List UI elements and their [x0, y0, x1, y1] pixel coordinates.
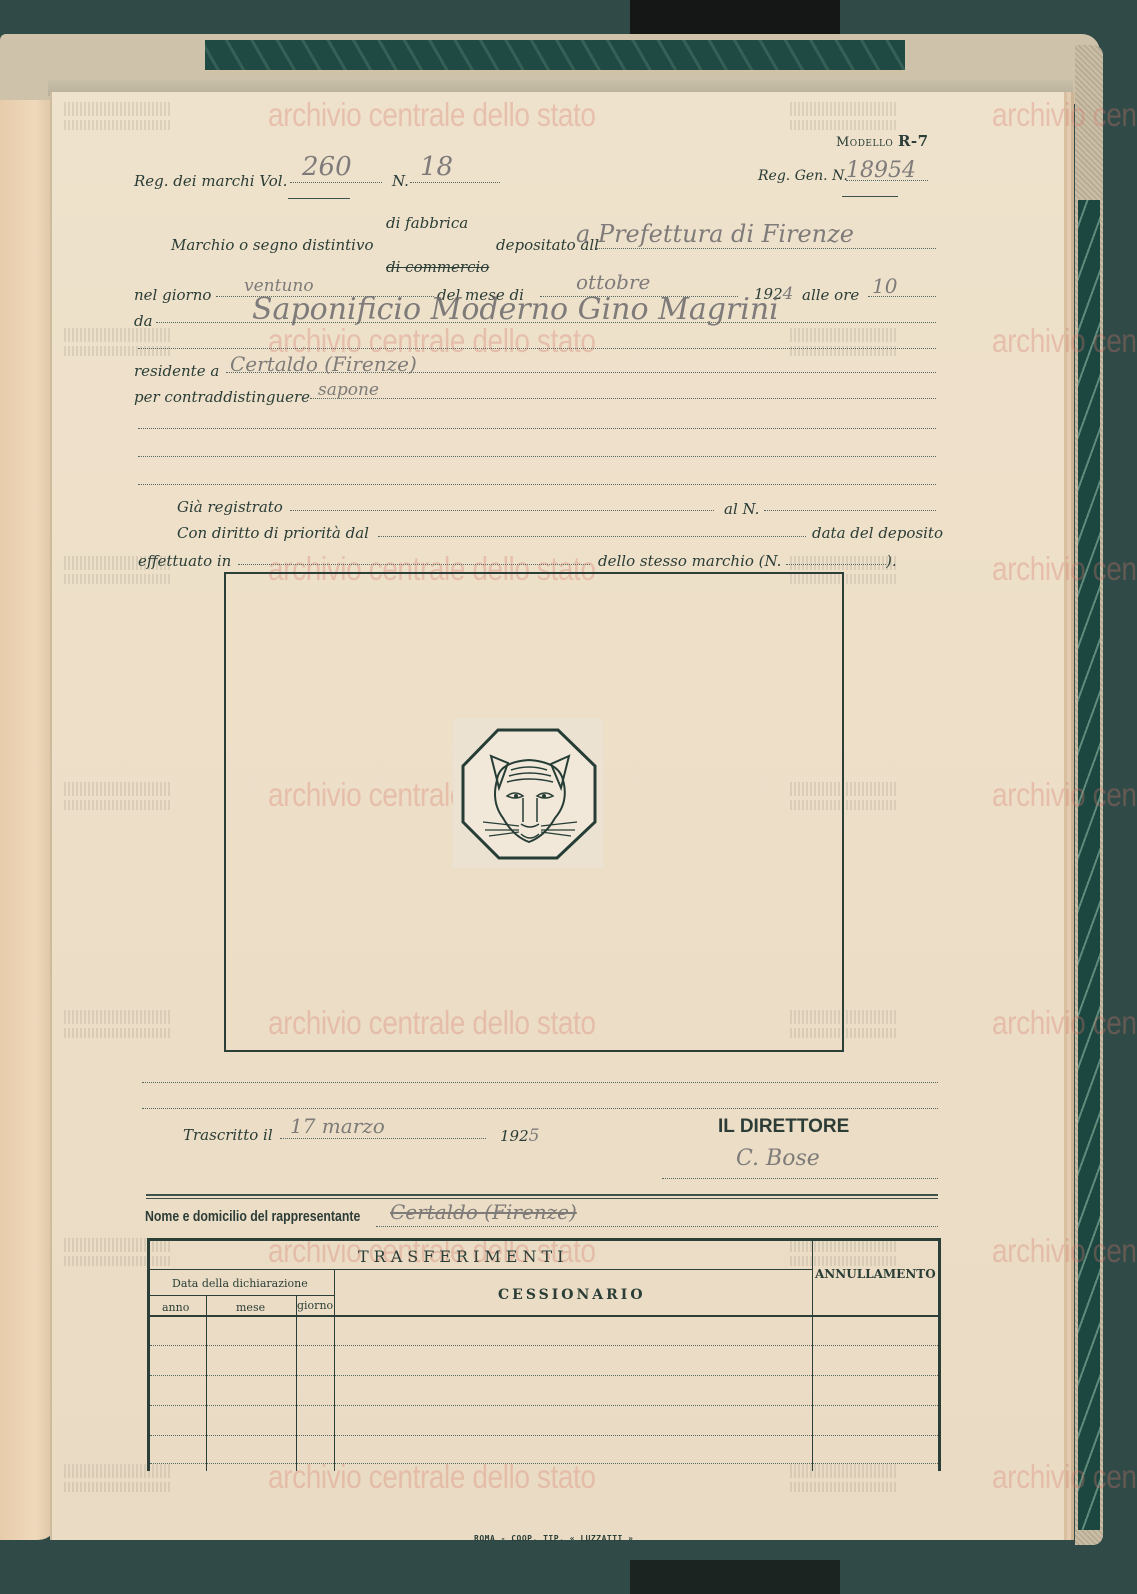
da-label: da [134, 312, 153, 330]
ore-value: 10 [872, 274, 897, 298]
header-date-group: Data della dichiarazione [172, 1277, 308, 1290]
trascritto-value: 17 marzo [290, 1114, 385, 1138]
table-row [150, 1463, 938, 1464]
da-value: Saponificio Moderno Gino Magrini [252, 292, 779, 327]
gia-registrato-field-line [290, 510, 714, 511]
direttore-signature: C. Bose [736, 1146, 820, 1171]
marchio-label: Marchio o segno distintivo [171, 236, 373, 254]
trademark-label [453, 718, 603, 868]
residente-label: residente a [134, 362, 219, 380]
marbled-cover-edge [205, 40, 905, 73]
rappresentante-value: Certaldo (Firenze) [390, 1200, 577, 1224]
priorita-label: Con diritto di priorità dal [177, 524, 369, 542]
vol-underline [288, 198, 350, 199]
giorno-label: nel giorno [134, 286, 211, 304]
header-annullamento: ANNULLAMENTO [815, 1267, 936, 1281]
year-suffix: 4 [783, 284, 794, 304]
table-row [150, 1375, 938, 1376]
signature-line [662, 1178, 938, 1179]
n-label: N. [392, 172, 409, 190]
title-divider [150, 1269, 812, 1270]
table-row [150, 1435, 938, 1436]
da-field-line-2 [138, 348, 936, 349]
transfers-table: TRASFERIMENTI ANNULLAMENTO Data della di… [147, 1238, 941, 1471]
al-n-field-line [764, 510, 936, 511]
trascritto-year-suffix: 5 [529, 1126, 540, 1146]
printer-imprint: ROMA - COOP. TIP. « LUZZATTI » [474, 1534, 634, 1543]
header-anno: anno [162, 1301, 189, 1314]
annullamento-divider [812, 1241, 813, 1471]
blank-line-2 [138, 456, 936, 457]
date-group-divider [334, 1269, 335, 1471]
type-commercio-struck: di commercio [386, 258, 489, 276]
double-rule-top [146, 1194, 938, 1196]
header-underline [150, 1315, 938, 1317]
vol-field-line [290, 182, 382, 183]
data-deposito-label: data del deposito [812, 524, 943, 542]
ore-label: alle ore [802, 286, 859, 304]
trascritto-year-prefix: 192 [500, 1127, 529, 1145]
depositato-field-line [596, 248, 936, 249]
trascritto-year: 1925 [500, 1126, 539, 1146]
contraddistinguere-field-line [310, 398, 936, 399]
contraddistinguere-value: sapone [318, 380, 379, 400]
vol-value: 260 [302, 152, 352, 182]
direttore-label: IL DIRETTORE [718, 1116, 849, 1138]
reg-gen-underline [842, 196, 898, 197]
rappresentante-label: Nome e domicilio del rappresentante [145, 1208, 360, 1225]
model-code-value: R-7 [898, 132, 929, 150]
binding-gap-bottom [630, 1560, 840, 1594]
model-code: Modello R-7 [836, 132, 929, 150]
n-field-line [410, 182, 500, 183]
n-value: 18 [420, 152, 453, 182]
trascritto-field-line [280, 1138, 486, 1139]
residente-value: Certaldo (Firenze) [230, 352, 417, 376]
blank-line-1 [138, 428, 936, 429]
priorita-field-line [378, 536, 806, 537]
blank-line-4 [142, 1082, 938, 1083]
date-group-underline [150, 1295, 334, 1296]
blank-line-5 [142, 1108, 938, 1109]
trascritto-label: Trascritto il [183, 1126, 273, 1144]
blank-line-3 [138, 484, 936, 485]
double-rule-bottom [146, 1198, 938, 1199]
effettuato-label: effettuato in [138, 552, 231, 570]
table-row [150, 1405, 938, 1406]
stesso-marchio-label: dello stesso marchio (N. [598, 552, 781, 570]
mese-value: ottobre [576, 270, 650, 294]
contraddistinguere-label: per contraddistinguere [134, 388, 310, 406]
mese-divider [296, 1295, 297, 1471]
header-giorno: giorno [297, 1299, 333, 1312]
stesso-marchio-close: ). [886, 552, 897, 570]
model-label: Modello [836, 135, 893, 150]
header-cessionario: CESSIONARIO [498, 1287, 646, 1303]
anno-divider [206, 1295, 207, 1471]
reg-marchi-label: Reg. dei marchi Vol. [134, 172, 287, 190]
depositato-value: a Prefettura di Firenze [576, 220, 854, 248]
rappresentante-field-line [376, 1226, 938, 1227]
reg-gen-label: Reg. Gen. N. [758, 168, 848, 184]
effettuato-field-line [238, 564, 590, 565]
header-mese: mese [236, 1301, 265, 1314]
table-row [150, 1345, 938, 1346]
type-fabbrica: di fabbrica [386, 214, 468, 232]
stesso-marchio-field-line [786, 564, 886, 565]
al-n-label: al N. [724, 500, 759, 518]
transfers-title: TRASFERIMENTI [358, 1247, 568, 1266]
reg-gen-value: 18954 [846, 158, 916, 183]
gia-registrato-label: Già registrato [177, 498, 283, 516]
marbled-spine-right [1078, 200, 1100, 1530]
tiger-head-icon [453, 718, 603, 868]
